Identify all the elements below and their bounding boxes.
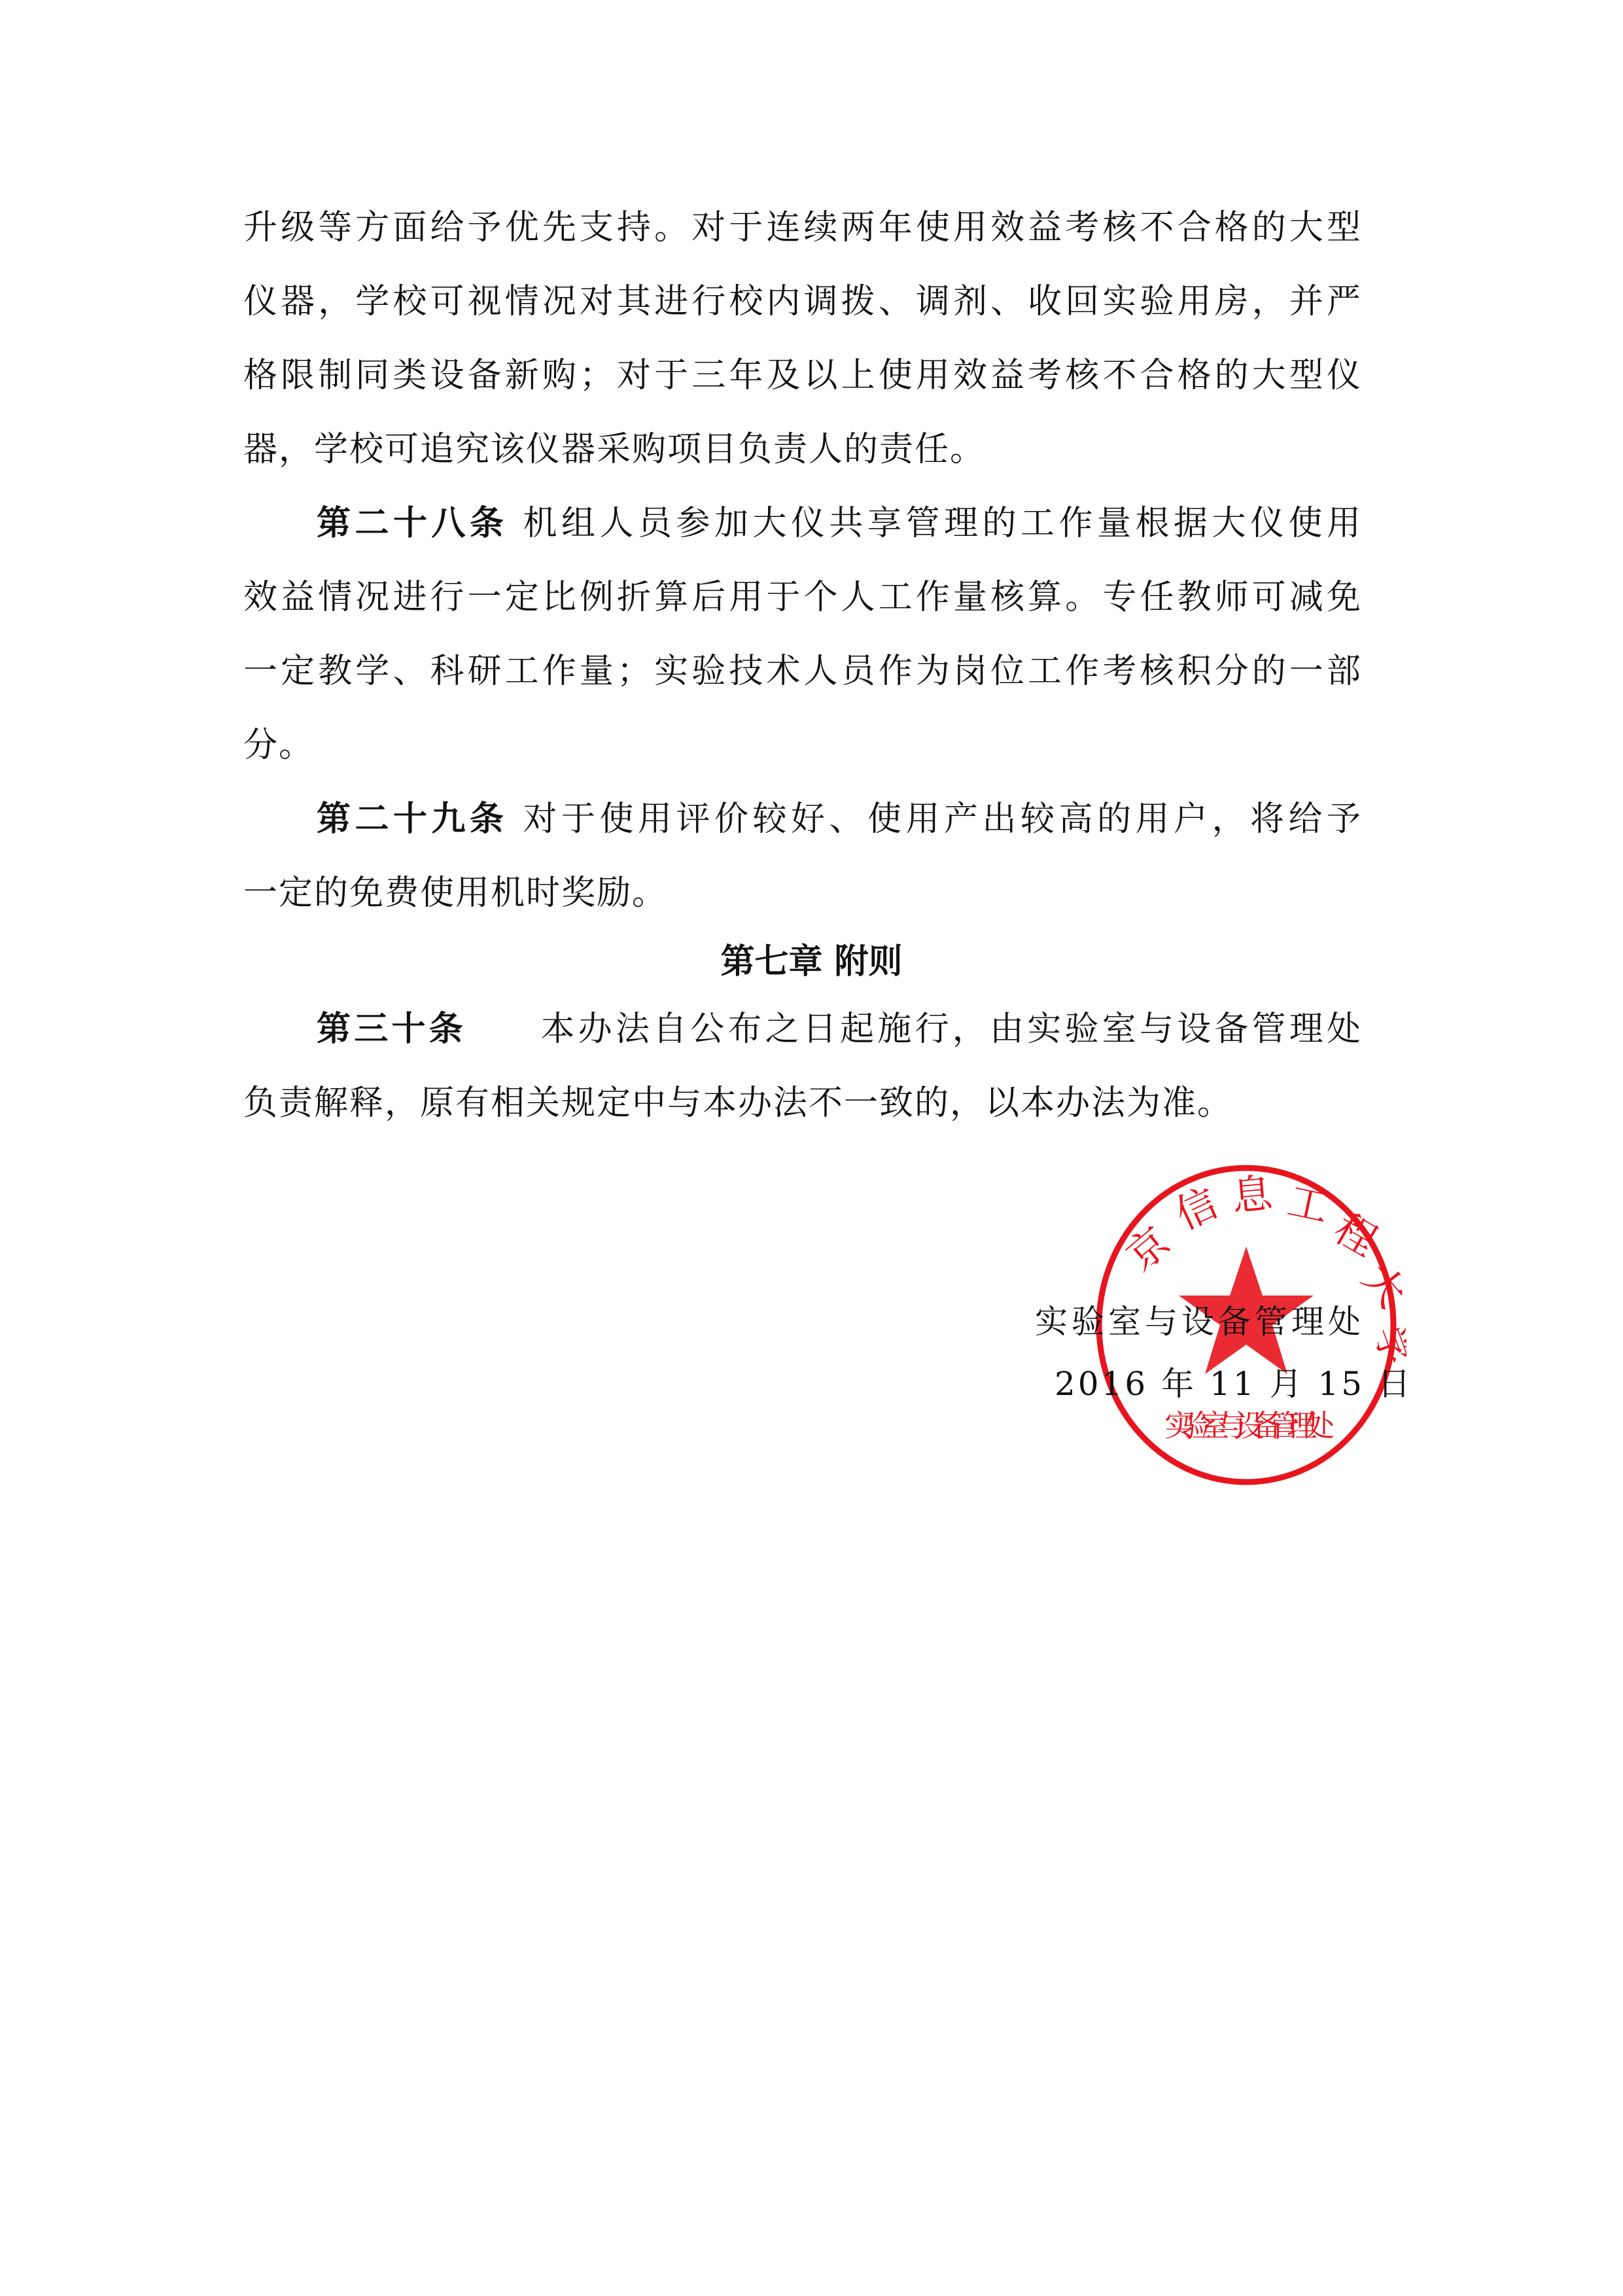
paragraph-line: 分。	[243, 726, 1362, 765]
article-29-label: 第二十九条	[317, 800, 508, 839]
article-29-text: 对于使用评价较好、使用产出较高的用户，将给予	[523, 800, 1362, 839]
svg-text:息: 息	[1230, 1169, 1275, 1220]
paragraph-line: 仪器，学校可视情况对其进行校内调拨、调剂、收回实验用房，并严	[243, 282, 1362, 321]
svg-text:京: 京	[1117, 1218, 1179, 1280]
document-page: 升级等方面给予优先支持。对于连续两年使用效益考核不合格的大型 仪器，学校可视情况…	[0, 0, 1623, 2296]
signing-date: 2016 年 11 月 15 日	[1055, 1364, 1413, 1404]
article-30-first-line: 第三十条 本办法自公布之日起施行，由实验室与设备管理处	[317, 1010, 1362, 1049]
chapter-heading: 第七章 附则	[0, 942, 1623, 981]
paragraph-line: 一定的免费使用机时奖励。	[243, 874, 1362, 913]
signing-office: 实验室与设备管理处	[1035, 1302, 1365, 1341]
svg-text:工: 工	[1283, 1176, 1333, 1231]
paragraph-line: 一定教学、科研工作量；实验技术人员作为岗位工作考核积分的一部	[243, 652, 1362, 691]
paragraph-line: 效益情况进行一定比例折算后用于个人工作量核算。专任教师可减免	[243, 578, 1362, 617]
svg-text:实验室与设备管理处: 实验室与设备管理处	[1164, 1408, 1335, 1443]
paragraph-line: 格限制同类设备新购；对于三年及以上使用效益考核不合格的大型仪	[243, 356, 1362, 395]
article-30-label: 第三十条	[317, 1010, 466, 1049]
paragraph-line: 负责解释，原有相关规定中与本办法不一致的，以本办法为准。	[243, 1084, 1362, 1123]
article-28-first-line: 第二十八条 机组人员参加大仪共享管理的工作量根据大仪使用	[317, 504, 1362, 543]
article-30-text: 本办法自公布之日起施行，由实验室与设备管理处	[540, 1010, 1362, 1049]
article-29-first-line: 第二十九条 对于使用评价较好、使用产出较高的用户，将给予	[317, 800, 1362, 839]
article-28-label: 第二十八条	[317, 504, 508, 543]
article-28-text: 机组人员参加大仪共享管理的工作量根据大仪使用	[523, 504, 1362, 543]
svg-text:学: 学	[1365, 1320, 1406, 1371]
paragraph-line: 器，学校可追究该仪器采购项目负责人的责任。	[243, 430, 1362, 469]
paragraph-line: 升级等方面给予优先支持。对于连续两年使用效益考核不合格的大型	[243, 208, 1362, 247]
